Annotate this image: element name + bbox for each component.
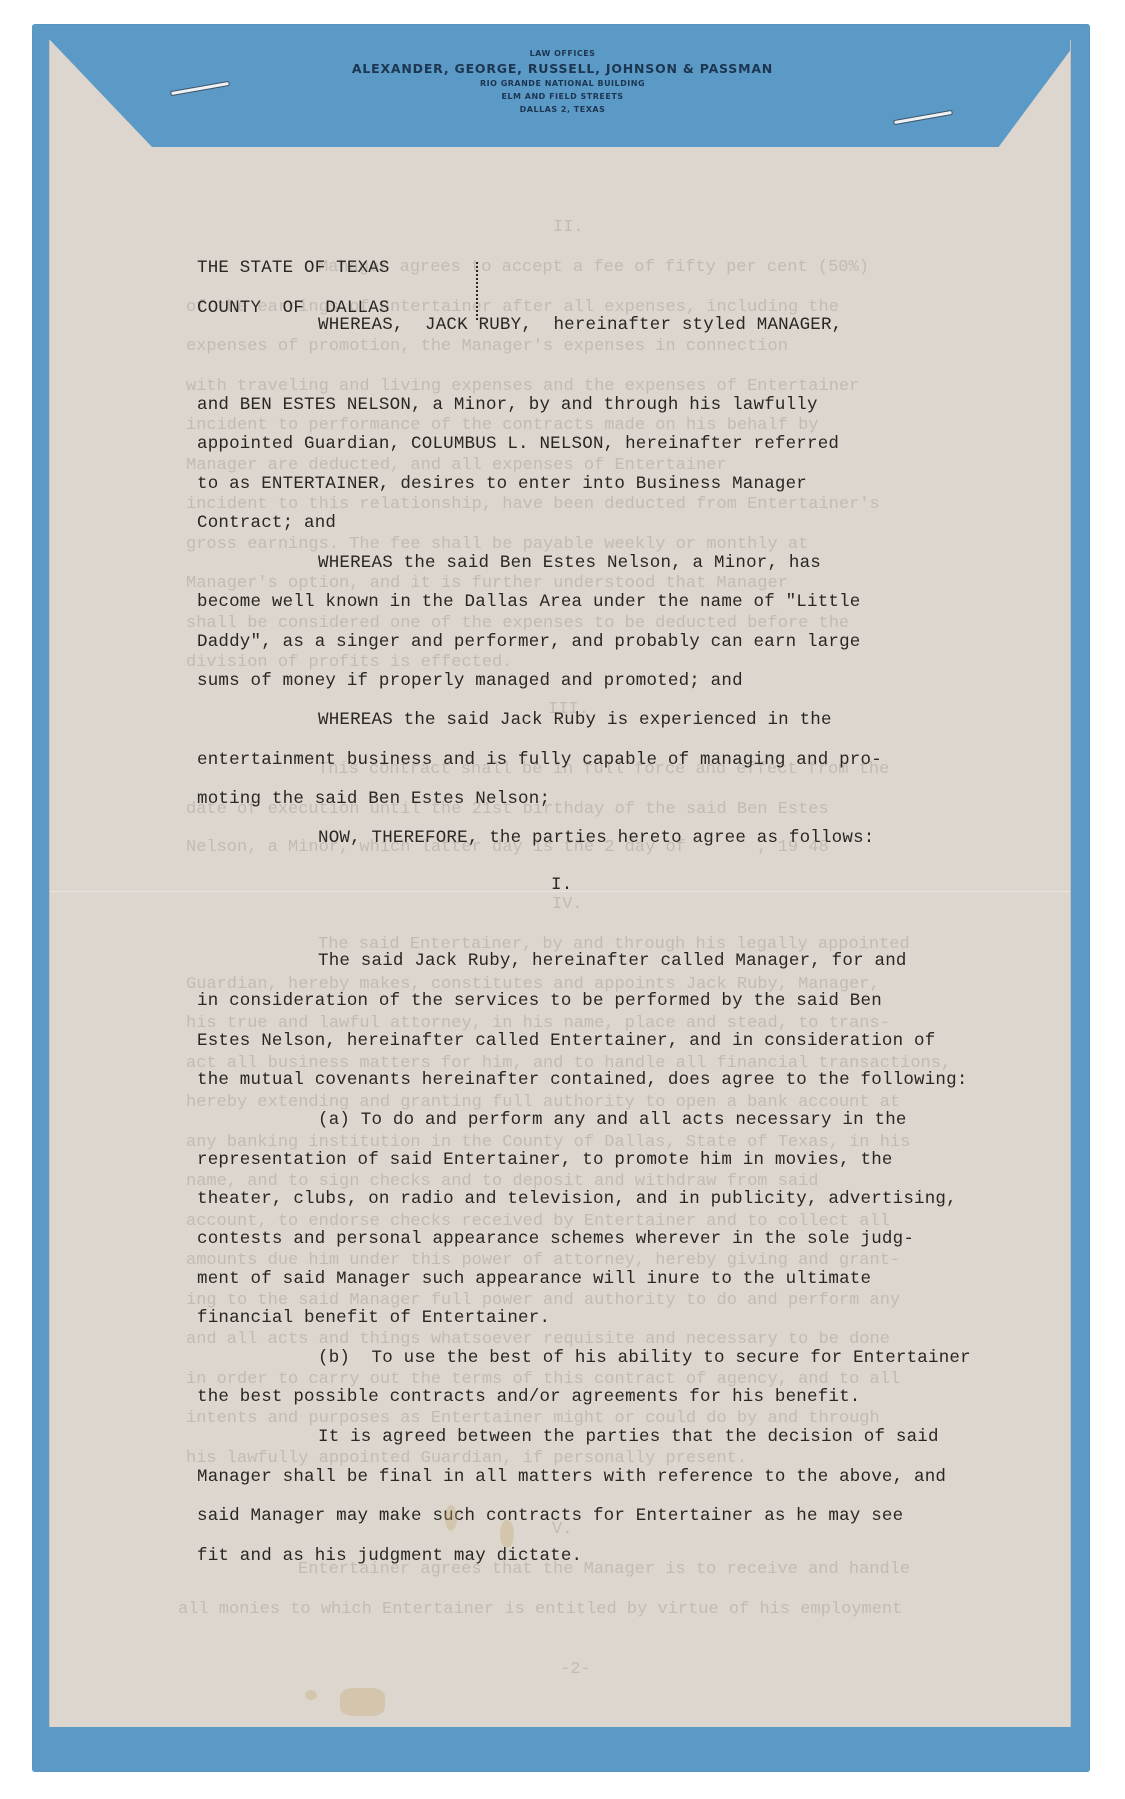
letterhead-label: LAW OFFICES [0,48,1125,60]
contract-line: Daddy", as a singer and performer, and p… [197,632,861,652]
caption-bracket-icon [474,262,480,320]
letterhead-streets: ELM AND FIELD STREETS [0,90,1125,103]
contract-line: entertainment business and is fully capa… [197,750,882,770]
contract-line: contests and personal appearance schemes… [197,1229,914,1249]
bleed-through-line: all monies to which Entertainer is entit… [178,1600,902,1620]
contract-line: said Manager may make such contracts for… [197,1506,903,1526]
caption-state: THE STATE OF TEXAS [197,258,390,278]
bleed-through-line: intents and purposes as Entertainer migh… [186,1409,880,1429]
section-heading: I. [551,875,572,895]
bleed-through-line: incident to this relationship, have been… [186,495,880,515]
contract-line: the best possible contracts and/or agree… [197,1387,861,1407]
law-firm-name: ALEXANDER, GEORGE, RUSSELL, JOHNSON & PA… [0,60,1125,77]
contract-line: in consideration of the services to be p… [197,991,882,1011]
bleed-through-line: division of profits is effected. [186,653,512,673]
contract-line: Manager shall be final in all matters wi… [197,1467,946,1487]
bleed-heading: II. [553,218,584,238]
contract-line: sums of money if properly managed and pr… [197,671,743,691]
bleed-heading: IV. [552,895,583,915]
bleed-through-line: expenses of promotion, the Manager's exp… [186,337,788,357]
letterhead-city: DALLAS 2, TEXAS [0,103,1125,116]
contract-line: moting the said Ben Estes Nelson; [197,789,550,809]
bleed-through-line: Manager are deducted, and all expenses o… [186,456,727,476]
bleed-through-line: shall be considered one of the expenses … [186,614,849,634]
paper-stain [445,1505,457,1531]
contract-line: Estes Nelson, hereinafter called Enterta… [197,1031,935,1051]
paper-stain [305,1690,317,1700]
contract-line: to as ENTERTAINER, desires to enter into… [197,474,807,494]
contract-line: financial benefit of Entertainer. [197,1308,550,1328]
bleed-through-line: amounts due him under this power of atto… [186,1251,900,1271]
contract-line: WHEREAS, JACK RUBY, hereinafter styled M… [318,315,842,335]
letterhead-building: RIO GRANDE NATIONAL BUILDING [0,77,1125,90]
bleed-through-line: incident to performance of the contracts… [186,416,819,436]
contract-line: (a) To do and perform any and all acts n… [318,1110,907,1130]
bleed-through-line: and all acts and things whatsoever requi… [186,1330,890,1350]
contract-line: appointed Guardian, COLUMBUS L. NELSON, … [197,434,839,454]
contract-line: fit and as his judgment may dictate. [197,1546,582,1566]
contract-line: WHEREAS the said Jack Ruby is experience… [318,710,832,730]
paper-stain [500,1520,514,1548]
contract-line: and BEN ESTES NELSON, a Minor, by and th… [197,395,818,415]
bleed-through-line: Manager's option, and it is further unde… [186,574,788,594]
contract-line: representation of said Entertainer, to p… [197,1150,893,1170]
contract-line: become well known in the Dallas Area und… [197,592,861,612]
contract-line: (b) To use the best of his ability to se… [318,1348,971,1368]
page-number: -2- [560,1660,591,1680]
contract-line: ment of said Manager such appearance wil… [197,1269,871,1289]
contract-line: theater, clubs, on radio and television,… [197,1189,957,1209]
bleed-through-line: gross earnings. The fee shall be payable… [186,535,808,555]
paper-stain [340,1688,385,1716]
bleed-through-line: Manager agrees to accept a fee of fifty … [318,258,869,278]
contract-line: NOW, THEREFORE, the parties hereto agree… [318,828,875,848]
contract-line: WHEREAS the said Ben Estes Nelson, a Min… [318,553,821,573]
bleed-through-line: his lawfully appointed Guardian, if pers… [186,1449,747,1469]
contract-line: the mutual covenants hereinafter contain… [197,1070,968,1090]
bleed-through-line: with traveling and living expenses and t… [186,377,859,397]
contract-line: The said Jack Ruby, hereinafter called M… [318,951,907,971]
contract-line: Contract; and [197,513,336,533]
contract-line: It is agreed between the parties that th… [318,1427,939,1447]
letterhead: LAW OFFICES ALEXANDER, GEORGE, RUSSELL, … [0,48,1125,116]
